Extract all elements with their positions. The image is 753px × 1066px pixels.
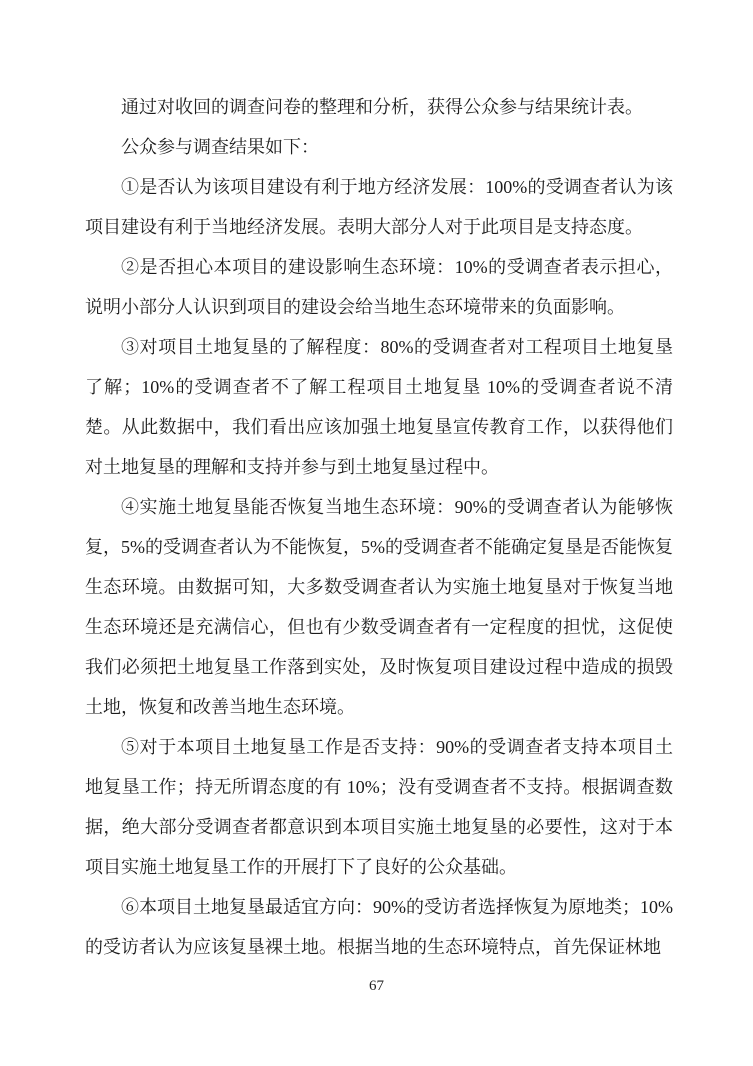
paragraph-item-2: ②是否担心本项目的建设影响生态环境：10%的受调查者表示担心，说明小部分人认识到… [85, 247, 673, 327]
paragraph-item-6: ⑥本项目土地复垦最适宜方向：90%的受访者选择恢复为原地类；10%的受访者认为应… [85, 887, 673, 967]
document-page: 通过对收回的调查问卷的整理和分析，获得公众参与结果统计表。 公众参与调查结果如下… [0, 0, 753, 1066]
page-number: 67 [0, 978, 753, 995]
paragraph-item-5: ⑤对于本项目土地复垦工作是否支持：90%的受调查者支持本项目土地复垦工作；持无所… [85, 727, 673, 887]
paragraph-results-heading: 公众参与调查结果如下： [85, 127, 673, 167]
document-body: 通过对收回的调查问卷的整理和分析，获得公众参与结果统计表。 公众参与调查结果如下… [85, 87, 673, 967]
paragraph-intro: 通过对收回的调查问卷的整理和分析，获得公众参与结果统计表。 [85, 87, 673, 127]
paragraph-item-3: ③对项目土地复垦的了解程度：80%的受调查者对工程项目土地复垦了解；10%的受调… [85, 327, 673, 487]
paragraph-item-4: ④实施土地复垦能否恢复当地生态环境：90%的受调查者认为能够恢复，5%的受调查者… [85, 487, 673, 727]
paragraph-item-1: ①是否认为该项目建设有利于地方经济发展：100%的受调查者认为该项目建设有利于当… [85, 167, 673, 247]
